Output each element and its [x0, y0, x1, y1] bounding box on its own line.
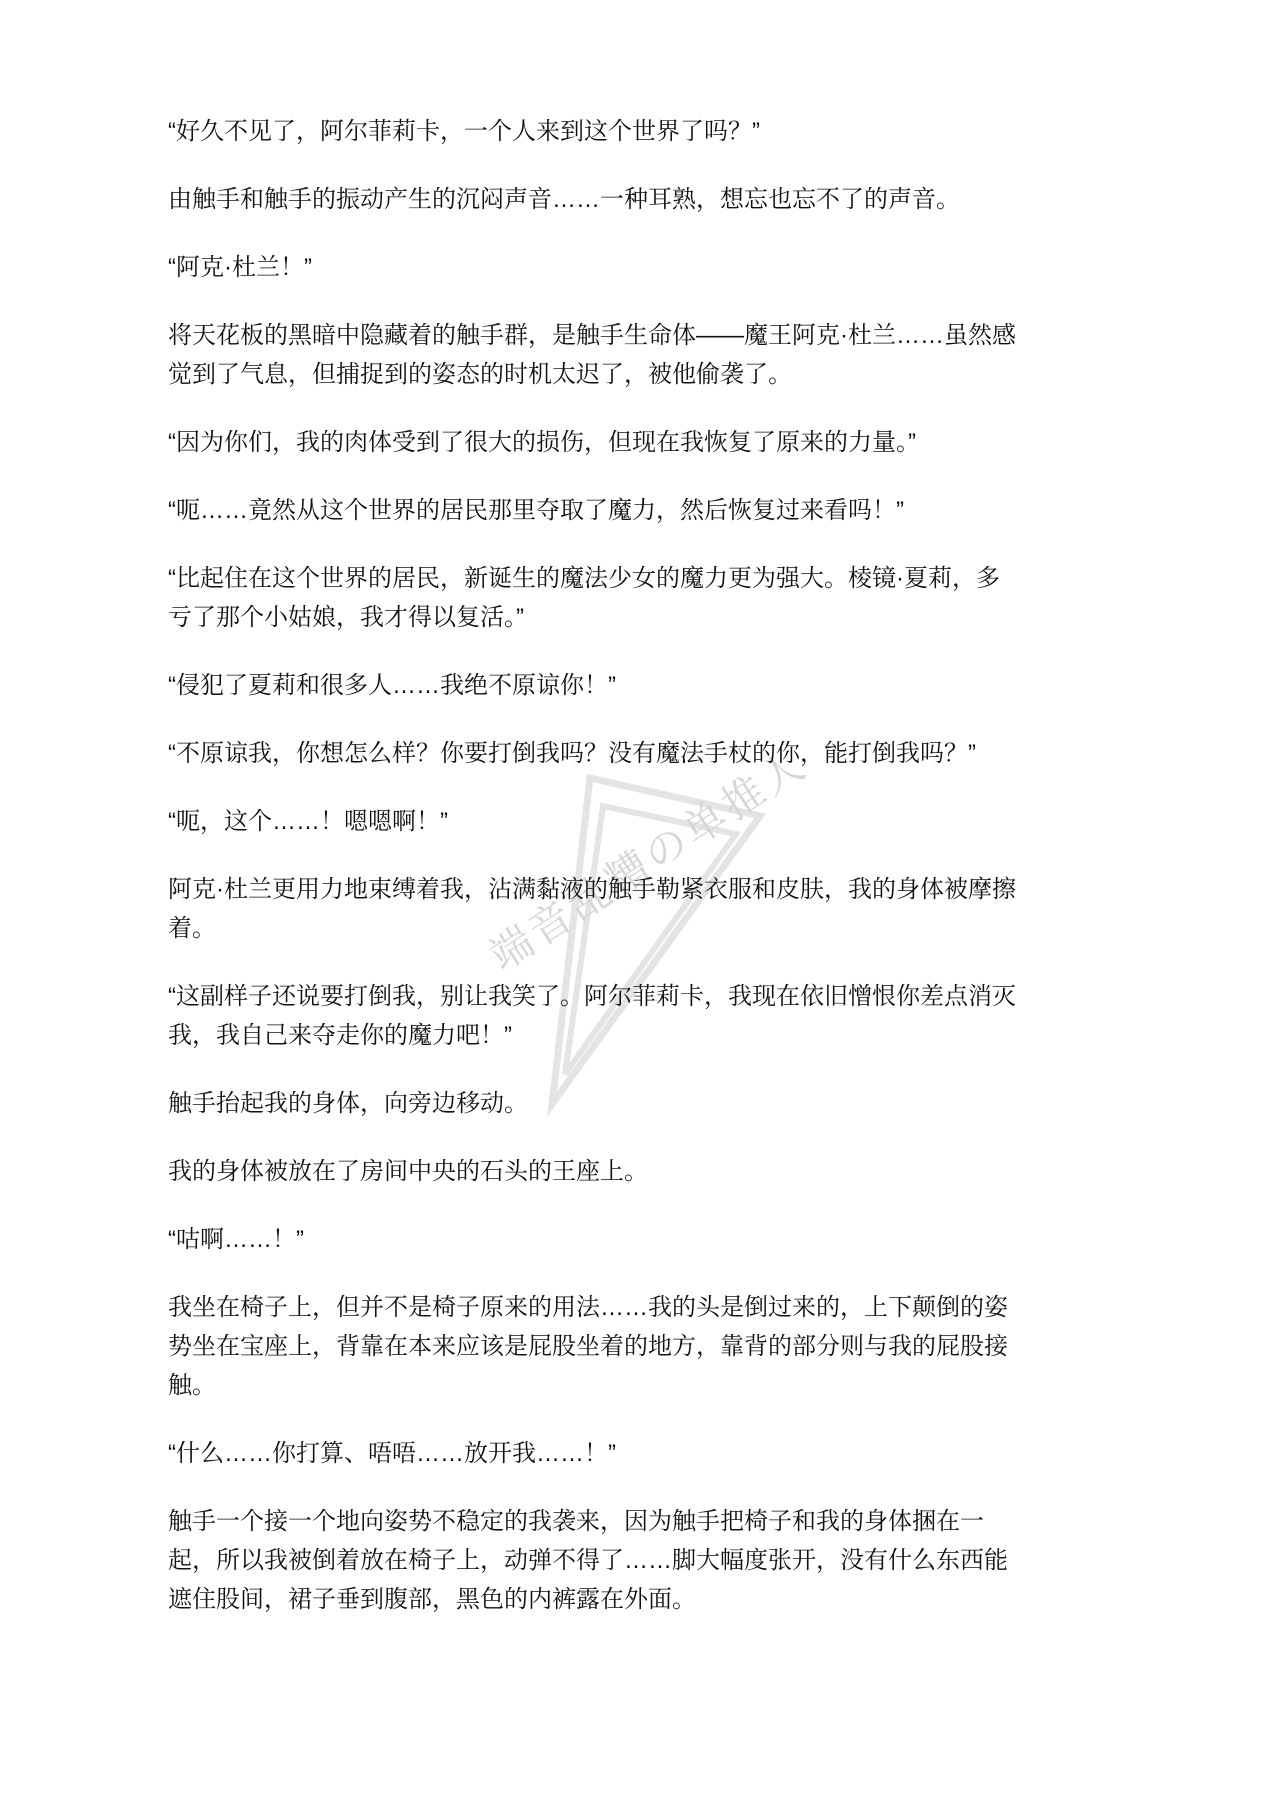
paragraph: “侵犯了夏莉和很多人……我绝不原谅你！”	[168, 666, 1016, 705]
paragraph: “咕啊……！”	[168, 1220, 1016, 1259]
paragraph: “比起住在这个世界的居民，新诞生的魔法少女的魔力更为强大。棱镜·夏莉，多亏了那个…	[168, 559, 1016, 637]
paragraph: “好久不见了，阿尔菲莉卡，一个人来到这个世界了吗？”	[168, 112, 1016, 151]
paragraph: 阿克·杜兰更用力地束缚着我，沾满黏液的触手勒紧衣服和皮肤，我的身体被摩擦着。	[168, 870, 1016, 948]
paragraph: 我坐在椅子上，但并不是椅子原来的用法……我的头是倒过来的，上下颠倒的姿势坐在宝座…	[168, 1288, 1016, 1405]
document-page: 端音乱糟の单推人 “好久不见了，阿尔菲莉卡，一个人来到这个世界了吗？” 由触手和…	[0, 0, 1280, 1810]
paragraph: “因为你们，我的肉体受到了很大的损伤，但现在我恢复了原来的力量。”	[168, 423, 1016, 462]
paragraph: “不原谅我，你想怎么样？你要打倒我吗？没有魔法手杖的你，能打倒我吗？”	[168, 734, 1016, 773]
paragraph: “什么……你打算、唔唔……放开我……！”	[168, 1434, 1016, 1473]
paragraph: “呃，这个……！嗯嗯啊！”	[168, 802, 1016, 841]
paragraph: 我的身体被放在了房间中央的石头的王座上。	[168, 1152, 1016, 1191]
document-content: “好久不见了，阿尔菲莉卡，一个人来到这个世界了吗？” 由触手和触手的振动产生的沉…	[0, 0, 1016, 1619]
paragraph: “呃……竟然从这个世界的居民那里夺取了魔力，然后恢复过来看吗！”	[168, 491, 1016, 530]
paragraph: 触手抬起我的身体，向旁边移动。	[168, 1084, 1016, 1123]
paragraph: 触手一个接一个地向姿势不稳定的我袭来，因为触手把椅子和我的身体捆在一起，所以我被…	[168, 1502, 1016, 1619]
paragraph: 由触手和触手的振动产生的沉闷声音……一种耳熟，想忘也忘不了的声音。	[168, 180, 1016, 219]
paragraph: 将天花板的黑暗中隐藏着的触手群，是触手生命体——魔王阿克·杜兰……虽然感觉到了气…	[168, 316, 1016, 394]
paragraph: “这副样子还说要打倒我，别让我笑了。阿尔菲莉卡，我现在依旧憎恨你差点消灭我，我自…	[168, 977, 1016, 1055]
paragraph: “阿克·杜兰！”	[168, 248, 1016, 287]
